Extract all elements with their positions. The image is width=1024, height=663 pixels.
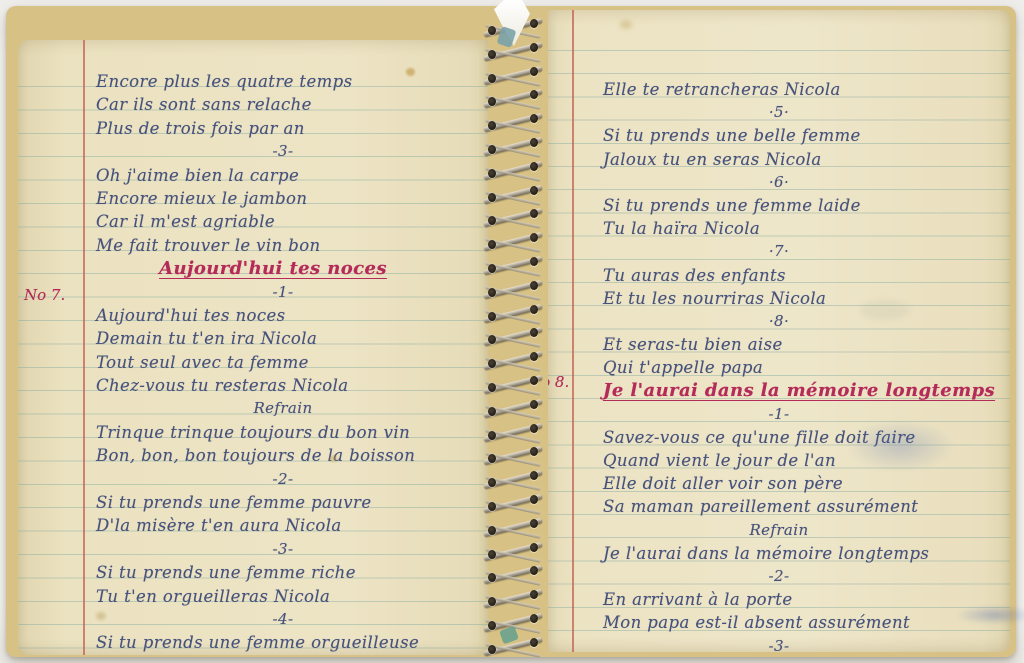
- handwriting-line: -4-: [18, 608, 488, 631]
- spiral-coil: [481, 64, 547, 88]
- handwriting-line: Si tu prends une femme pauvre: [18, 491, 488, 514]
- right-page-text: Elle te retrancheras Nicola·5·Si tu pren…: [548, 78, 1010, 652]
- spiral-coil: [481, 397, 547, 421]
- handwriting-line: Si tu prends une femme riche: [18, 561, 488, 584]
- handwriting-line: Savez-vous ce qu'une fille doit faire: [548, 426, 1010, 449]
- spiral-coil: [481, 516, 547, 540]
- handwriting-line: Jaloux tu en seras Nicola: [548, 148, 1010, 171]
- handwriting-line: Car il m'est agriable: [18, 210, 488, 233]
- spiral-coil: [481, 325, 547, 349]
- left-page-text: Encore plus les quatre tempsCar ils sont…: [18, 70, 488, 655]
- spiral-binding: [481, 16, 547, 658]
- right-page: No 8. Elle te retrancheras Nicola·5·Si t…: [548, 10, 1010, 652]
- handwriting-line: Refrain: [548, 519, 1010, 542]
- spiral-coil: [481, 159, 547, 183]
- handwriting-line: -3-: [548, 635, 1010, 653]
- spiral-coil: [481, 302, 547, 326]
- handwriting-line: Elle te retrancheras Nicola: [548, 78, 1010, 101]
- handwriting-line: Aujourd'hui tes noces: [18, 257, 488, 280]
- handwriting-line: Me fait trouver le vin bon: [18, 234, 488, 257]
- handwriting-line: Trinque trinque toujours du bon vin: [18, 421, 488, 444]
- handwriting-line: -2-: [548, 565, 1010, 588]
- handwriting-line: Elle doit aller voir son père: [548, 472, 1010, 495]
- handwriting-line: Je l'aurai dans la mémoire longtemps: [548, 542, 1010, 565]
- spiral-coil: [481, 135, 547, 159]
- handwriting-line: Tout seul avec ta femme: [18, 351, 488, 374]
- handwriting-line: -1-: [18, 281, 488, 304]
- handwriting-line: D'la misère t'en aura Nicola: [18, 514, 488, 537]
- handwriting-line: Si tu prends une femme orgueilleuse: [18, 631, 488, 654]
- handwriting-line: Tu auras des enfants: [548, 264, 1010, 287]
- handwriting-line: Et seras-tu bien aise: [548, 333, 1010, 356]
- spiral-coil: [481, 87, 547, 111]
- handwriting-line: Quand vient le jour de l'an: [548, 449, 1010, 472]
- handwriting-line: Car ils sont sans relache: [18, 93, 488, 116]
- handwriting-line: En arrivant à la porte: [548, 588, 1010, 611]
- handwriting-line: Mon papa est-il absent assurément: [548, 611, 1010, 634]
- handwriting-line: Et tu les nourriras Nicola: [548, 287, 1010, 310]
- spiral-coil: [481, 183, 547, 207]
- handwriting-line: Oh j'aime bien la carpe: [18, 164, 488, 187]
- handwriting-line: Je l'aurai dans la mémoire longtemps: [548, 379, 1010, 402]
- handwriting-line: Si tu prends une femme laide: [548, 194, 1010, 217]
- spiral-coil: [481, 563, 547, 587]
- handwriting-line: Demain tu t'en ira Nicola: [18, 327, 488, 350]
- handwriting-line: Tu t'en orgueilleras Nicola: [18, 585, 488, 608]
- spiral-coil: [481, 373, 547, 397]
- spiral-coil: [481, 349, 547, 373]
- handwriting-line: ·8·: [548, 310, 1010, 333]
- handwriting-line: Encore mieux le jambon: [18, 187, 488, 210]
- handwriting-line: Tu la haïra Nicola: [548, 217, 1010, 240]
- spiral-coil: [481, 540, 547, 564]
- handwriting-line: ·5·: [548, 101, 1010, 124]
- handwriting-line: ·6·: [548, 171, 1010, 194]
- handwriting-line: -1-: [548, 403, 1010, 426]
- notebook-photo: No 7. Encore plus les quatre tempsCar il…: [0, 0, 1024, 663]
- spiral-coil: [481, 111, 547, 135]
- handwriting-line: -3-: [18, 140, 488, 163]
- handwriting-line: Encore plus les quatre temps: [18, 70, 488, 93]
- handwriting-line: Si tu prends une belle femme: [548, 124, 1010, 147]
- handwriting-line: Refrain: [18, 397, 488, 420]
- handwriting-line: -2-: [18, 468, 488, 491]
- spiral-coil: [481, 206, 547, 230]
- handwriting-line: Chez-vous tu resteras Nicola: [18, 374, 488, 397]
- handwriting-line: Plus de trois fois par an: [18, 117, 488, 140]
- spiral-coil: [481, 421, 547, 445]
- handwriting-line: Bon, bon, bon toujours de la boisson: [18, 444, 488, 467]
- handwriting-line: Aujourd'hui tes noces: [18, 304, 488, 327]
- handwriting-line: ·7·: [548, 240, 1010, 263]
- left-page: No 7. Encore plus les quatre tempsCar il…: [18, 40, 488, 655]
- spiral-coil: [481, 278, 547, 302]
- spiral-coil: [481, 468, 547, 492]
- spiral-coil: [481, 254, 547, 278]
- spiral-coil: [481, 444, 547, 468]
- spiral-coil: [481, 587, 547, 611]
- spiral-coil: [481, 492, 547, 516]
- spiral-coil: [481, 230, 547, 254]
- handwriting-line: -3-: [18, 538, 488, 561]
- handwriting-line: Sa maman pareillement assurément: [548, 495, 1010, 518]
- handwriting-line: Qui t'appelle papa: [548, 356, 1010, 379]
